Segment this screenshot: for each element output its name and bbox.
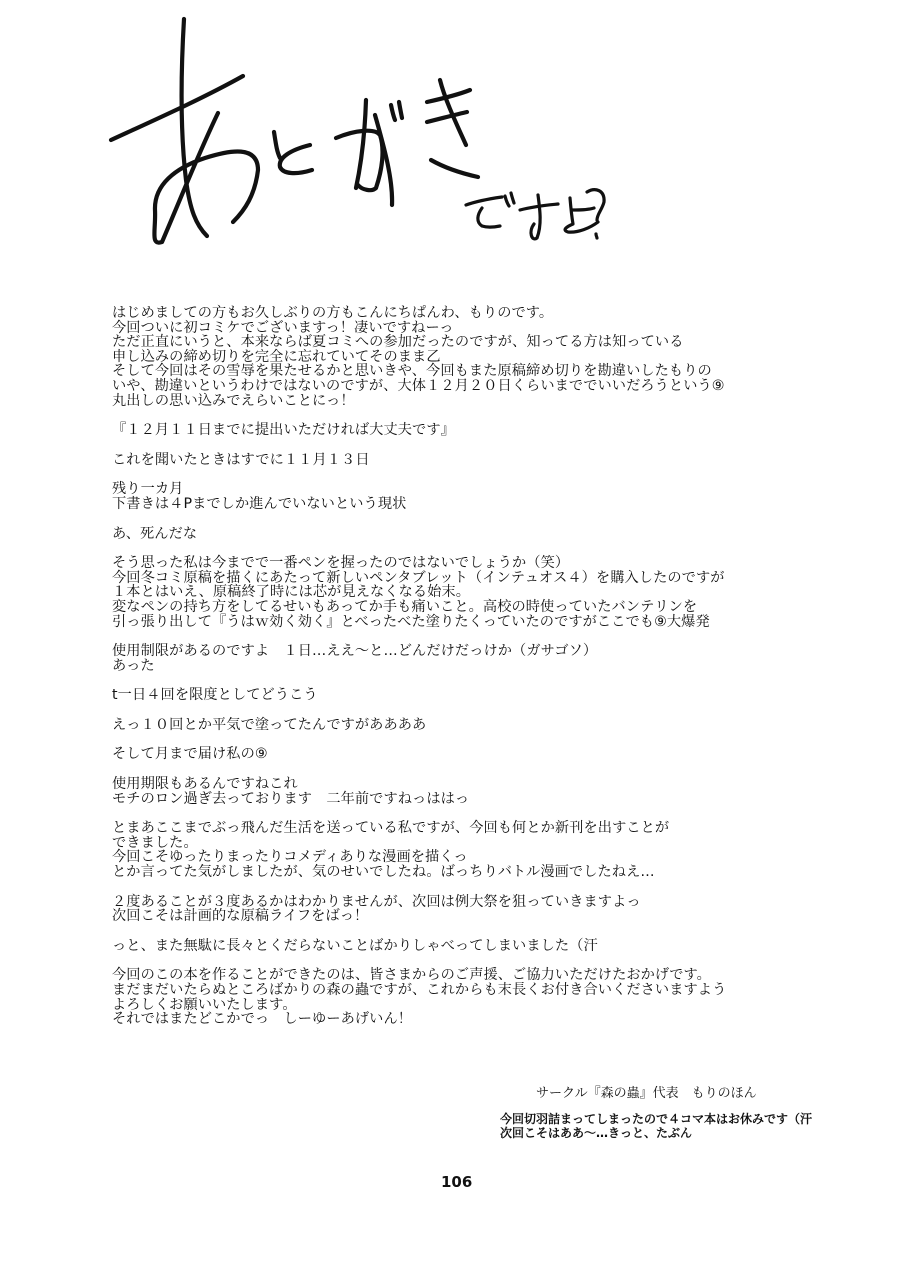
text-line: 今回のこの本を作ることができたのは、皆さまからのご声援、ご協力いただけたおかげで… <box>112 968 812 983</box>
text-line: まだまだいたらぬところばかりの森の蟲ですが、これからも末長くお付き合いくださいま… <box>112 983 812 998</box>
postscript-note: 今回切羽詰まってしまったので４コマ本はお休みです（汗 次回こそはああ～…きっと、… <box>500 1113 812 1140</box>
paragraph-four-times: t一日４回を限度としてどうこう <box>112 688 812 703</box>
paragraph-dead: あ、死んだな <box>112 527 812 542</box>
paragraph-thanks: 今回のこの本を作ることができたのは、皆さまからのご声援、ご協力いただけたおかげで… <box>112 968 812 1026</box>
text-line: 変なペンの持ち方をしてるせいもあってか手も痛いこと。高校の時使っていたバンテリン… <box>112 600 812 615</box>
title-char-a <box>111 19 258 243</box>
title-subtitle-desuyo <box>466 190 604 239</box>
afterword-body: はじめましての方もお久しぶりの方もこんにちぱんわ、もりのです。 今回ついに初コミ… <box>112 306 812 1042</box>
text-line: いや、勘違いというわけではないのですが、大体１２月２０日くらいまででいいだろうと… <box>112 379 812 394</box>
paragraph-new-release: とまあここまでぶっ飛んだ生活を送っている私ですが、今回も何とか新刊を出すことが … <box>112 821 812 879</box>
text-line: 残り一カ月 <box>112 482 812 497</box>
text-line: そして月まで届け私の⑨ <box>112 747 812 762</box>
paragraph-deadline-quote: 『１２月１１日までに提出いただければ大丈夫です』 <box>112 423 812 438</box>
page-number: 106 <box>441 1173 472 1191</box>
text-line: それではまたどこかでっ しーゆーあげいん！ <box>112 1012 812 1027</box>
text-line: １本とはいえ、原稿終了時には芯が見えなくなる始末。 <box>112 585 812 600</box>
text-line: 引っ張り出して『うはｗ効く効く』とべったべた塗りたくっていたのですがここでも⑨大… <box>112 615 812 630</box>
postscript-line: 今回切羽詰まってしまったので４コマ本はお休みです（汗 <box>500 1113 812 1127</box>
text-line: t一日４回を限度としてどうこう <box>112 688 812 703</box>
text-line: 使用期限もあるんですねこれ <box>112 777 812 792</box>
text-line: ただ正直にいうと、本来ならば夏コミへの参加だったのですが、知ってる方は知っている <box>112 335 812 350</box>
paragraph-expiry: 使用期限もあるんですねこれ モチのロン過ぎ去っております 二年前ですねっははっ <box>112 777 812 806</box>
paragraph-remaining: 残り一カ月 下書きは４Pまでしか進んでいないという現状 <box>112 482 812 511</box>
text-line: 『１２月１１日までに提出いただければ大丈夫です』 <box>112 423 812 438</box>
paragraph-pen-tablet: そう思った私は今までで一番ペンを握ったのではないでしょうか（笑） 今回冬コミ原稿… <box>112 556 812 629</box>
text-line: あ、死んだな <box>112 527 812 542</box>
author-signature: サークル『森の蟲』代表 もりのほん <box>536 1082 757 1101</box>
text-line: 今回ついに初コミケでございますっ！凄いですねーっ <box>112 321 812 336</box>
text-line: っと、また無駄に長々とくだらないことばかりしゃべってしまいました（汗 <box>112 939 812 954</box>
paragraph-ten-times: えっ１０回とか平気で塗ってたんですがああああ <box>112 718 812 733</box>
title-char-ki <box>427 80 478 177</box>
paragraph-intro: はじめましての方もお久しぶりの方もこんにちぱんわ、もりのです。 今回ついに初コミ… <box>112 306 812 408</box>
text-line: とまあここまでぶっ飛んだ生活を送っている私ですが、今回も何とか新刊を出すことが <box>112 821 812 836</box>
paragraph-usage-limit: 使用制限があるのですよ １日…ええ～と…どんだけだっけか（ガサゴソ） あった <box>112 644 812 673</box>
text-line: 丸出しの思い込みでえらいことにっ！ <box>112 394 812 409</box>
handwritten-title-drawing <box>100 10 820 270</box>
paragraph-next-event: ２度あることが３度あるかはわかりませんが、次回は例大祭を狙っていきますよっ 次回… <box>112 895 812 924</box>
handwritten-title: あとがき ですよ？ <box>100 10 820 270</box>
text-line: よろしくお願いいたします。 <box>112 998 812 1013</box>
text-line: 使用制限があるのですよ １日…ええ～と…どんだけだっけか（ガサゴソ） <box>112 644 812 659</box>
text-line: そして今回はその雪辱を果たせるかと思いきや、今回もまた原稿締め切りを勘違いしたも… <box>112 364 812 379</box>
paragraph-heard-date: これを聞いたときはすでに１１月１３日 <box>112 453 812 468</box>
text-line: モチのロン過ぎ去っております 二年前ですねっははっ <box>112 792 812 807</box>
postscript-line: 次回こそはああ～…きっと、たぶん <box>500 1127 812 1141</box>
text-line: そう思った私は今までで一番ペンを握ったのではないでしょうか（笑） <box>112 556 812 571</box>
text-line: えっ１０回とか平気で塗ってたんですがああああ <box>112 718 812 733</box>
paragraph-rambling: っと、また無駄に長々とくだらないことばかりしゃべってしまいました（汗 <box>112 939 812 954</box>
text-line: あった <box>112 659 812 674</box>
text-line: とか言ってた気がしましたが、気のせいでしたね。ばっちりバトル漫画でしたねえ… <box>112 865 812 880</box>
text-line: 下書きは４Pまでしか進んでいないという現状 <box>112 497 812 512</box>
title-char-to <box>274 132 312 173</box>
title-char-ga <box>336 100 402 205</box>
text-line: 今回こそゆったりまったりコメディありな漫画を描くっ <box>112 850 812 865</box>
text-line: はじめましての方もお久しぶりの方もこんにちぱんわ、もりのです。 <box>112 306 812 321</box>
text-line: 次回こそは計画的な原稿ライフをばっ！ <box>112 909 812 924</box>
paragraph-to-the-moon: そして月まで届け私の⑨ <box>112 747 812 762</box>
text-line: これを聞いたときはすでに１１月１３日 <box>112 453 812 468</box>
